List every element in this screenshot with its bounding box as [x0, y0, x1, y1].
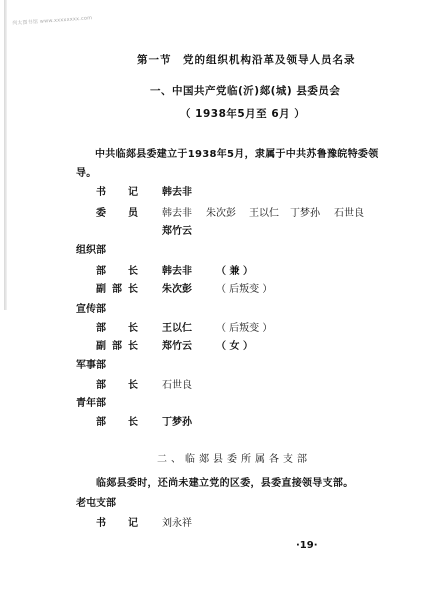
role-char: 记: [128, 514, 138, 529]
role-char: 部: [96, 319, 106, 334]
document-page: 列太图书馆 www.xxxxxxxx.com 第一节 党的组织机构沿革及领导人员…: [0, 0, 424, 600]
part1-intro-line1: 中共临郯县委建立于1938年5月，隶属于中共苏鲁豫皖特委领: [95, 145, 379, 160]
role-char: 部: [112, 280, 122, 295]
person-name: 韩去非: [162, 262, 192, 277]
person-name: 王以仁: [162, 319, 192, 334]
part1-period: （ 1938年5月至 6月 ）: [180, 106, 305, 121]
person-name: 石世良: [162, 376, 192, 391]
part1-intro-line2: 导。: [76, 164, 97, 179]
role-char: 书: [96, 514, 106, 529]
department-name: 组织部: [76, 241, 106, 256]
branch-name: 老屯支部: [76, 494, 116, 509]
role-char: 副: [96, 337, 106, 352]
watermark: 列太图书馆 www.xxxxxxxx.com: [12, 14, 93, 27]
part2-intro: 临郯县委时，还尚未建立党的区委，县委直接领导支部。: [96, 474, 354, 489]
department-name: 军事部: [76, 356, 106, 371]
secretary-name: 韩去非: [162, 183, 192, 198]
role-char: 长: [128, 376, 138, 391]
role-char: 员: [128, 204, 138, 219]
member-name: 韩去非: [162, 204, 192, 219]
role-char: 副: [96, 280, 106, 295]
role-char: 长: [128, 280, 138, 295]
person-note: （ 兼 ）: [216, 262, 253, 277]
member-name: 朱次彭: [206, 204, 236, 219]
role-char: 长: [128, 337, 138, 352]
person-name: 郑竹云: [162, 337, 192, 352]
role-char: 书: [96, 183, 106, 198]
role-char: 长: [128, 262, 138, 277]
scan-edge-shadow: [4, 0, 7, 310]
role-char: 委: [96, 204, 106, 219]
role-char: 部: [96, 376, 106, 391]
page-number: ·19·: [296, 540, 318, 551]
section-title: 第一节 党的组织机构沿革及领导人员名录: [137, 52, 356, 67]
person-note: （ 后叛变 ）: [216, 280, 272, 295]
role-char: 部: [96, 413, 106, 428]
department-name: 宣传部: [76, 300, 106, 315]
role-char: 记: [128, 183, 138, 198]
person-name: 刘永祥: [162, 514, 192, 529]
person-name: 丁梦孙: [162, 413, 192, 428]
department-name: 青年部: [76, 394, 106, 409]
member-name: 丁梦孙: [290, 204, 320, 219]
role-char: 部: [112, 337, 122, 352]
role-char: 部: [96, 262, 106, 277]
member-name: 石世良: [334, 204, 364, 219]
part1-heading: 一、中国共产党临(沂)郯(城) 县委员会: [150, 83, 340, 98]
member-name: 郑竹云: [162, 222, 192, 237]
person-note: （ 女 ）: [216, 337, 253, 352]
role-char: 长: [128, 413, 138, 428]
person-name: 朱次彭: [162, 280, 192, 295]
role-char: 长: [128, 319, 138, 334]
member-name: 王以仁: [249, 204, 279, 219]
part2-heading: 二、临郯县委所属各支部: [157, 450, 311, 465]
person-note: （ 后叛变 ）: [216, 319, 272, 334]
